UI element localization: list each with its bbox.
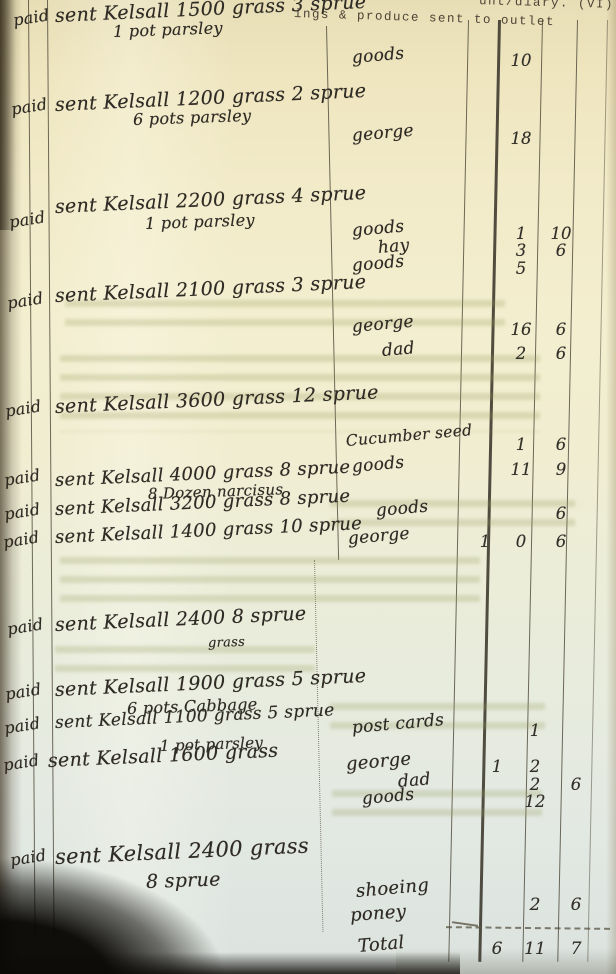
pence-value: 6 [558,775,594,794]
shillings-value: 12 [515,792,555,811]
entry-text: sent Kelsall 1400 grass 10 sprue [55,513,363,548]
total-underline [446,926,610,930]
pence-value: 6 [543,435,579,454]
typed-header-line1: unt/diary. (VI) [479,0,614,12]
shillings-value: 16 [501,320,541,339]
recipient-label: goods [351,251,405,275]
pence-value: 6 [543,320,579,339]
paid-annotation: paid [2,750,41,774]
recipient-label-line2: poney [349,901,407,926]
shillings-value: 5 [501,259,541,278]
paid-annotation: paid [2,527,41,551]
recipient-label: dad [381,338,415,361]
recipient-label: shoeing [355,875,430,902]
recipient-label: goods [351,452,405,476]
entry-subtext: 6 pots parsley [133,106,252,129]
shillings-value: 3 [501,241,541,260]
paid-annotation: paid [3,499,42,523]
amount-rule-1 [448,20,469,962]
pence-value: 9 [543,460,579,479]
shillings-value: 2 [515,757,555,776]
margin-rule-2 [47,0,55,936]
amount-rule-4 [557,20,578,962]
recipient-label: post cards [351,710,445,738]
pounds-value: 1 [470,532,500,551]
pence-value: 6 [543,504,579,523]
recipient-label: Cucumber seed [345,421,473,450]
total-label: Total [357,932,405,957]
total-pence-value: 7 [558,939,594,959]
center-divider-rule-dotted [314,560,324,932]
recipient-label: george [351,312,415,337]
shillings-value: 2 [501,344,541,363]
entry-text: sent Kelsall 3600 grass 12 sprue [55,381,380,418]
recipient-label: goods [375,496,429,520]
paid-annotation: paid [12,5,51,29]
total-pounds-value: 6 [482,939,512,959]
photo-edge-bottom [0,952,460,974]
shillings-value: 11 [501,460,541,479]
amount-rule-5 [587,20,608,962]
recipient-label: george [351,121,415,146]
entry-subtext: 8 sprue [146,868,221,893]
pence-value: 6 [543,344,579,363]
entry-text: sent Kelsall 2400 8 sprue [55,603,307,636]
total-shillings-value: 11 [515,939,555,959]
shillings-value: 10 [501,51,541,70]
recipient-label: goods [361,784,415,808]
recipient-label: george [347,524,411,549]
paid-annotation: paid [6,614,45,638]
shillings-value: 1 [501,435,541,454]
shillings-value: 1 [515,721,555,740]
pence-value: 6 [543,241,579,260]
pounds-value: 1 [482,757,512,776]
entry-text: sent Kelsall 2400 grass [54,833,309,869]
paid-annotation: paid [4,396,43,420]
amount-rule-3 [522,20,543,962]
paid-annotation: paid [3,465,42,489]
pence-value: 6 [558,895,594,915]
paid-annotation: paid [3,713,42,737]
entry-subtext: 1 pot parsley [145,210,255,233]
paid-annotation: paid [4,679,43,703]
paid-annotation: paid [8,207,47,231]
pence-value: 6 [543,532,579,551]
paid-annotation: paid [6,288,45,312]
shillings-value: 2 [515,895,555,915]
entry-subtext: grass [208,635,246,651]
shillings-value: 18 [501,129,541,148]
recipient-label: goods [351,43,405,67]
paid-annotation: paid [10,94,49,118]
photo-edge-right [606,0,616,974]
paid-annotation: paid [9,845,48,869]
entry-subtext: 1 pot parsley [113,18,223,41]
shillings-value: 0 [501,532,541,551]
entry-text: sent Kelsall 1600 grass [48,740,279,772]
ledger-page-photo: unt/diary. (VI) ings & produce sent to o… [0,0,616,974]
entry-text: sent Kelsall 2100 grass 3 sprue [55,271,367,307]
amount-rule-2-thick [478,20,500,962]
